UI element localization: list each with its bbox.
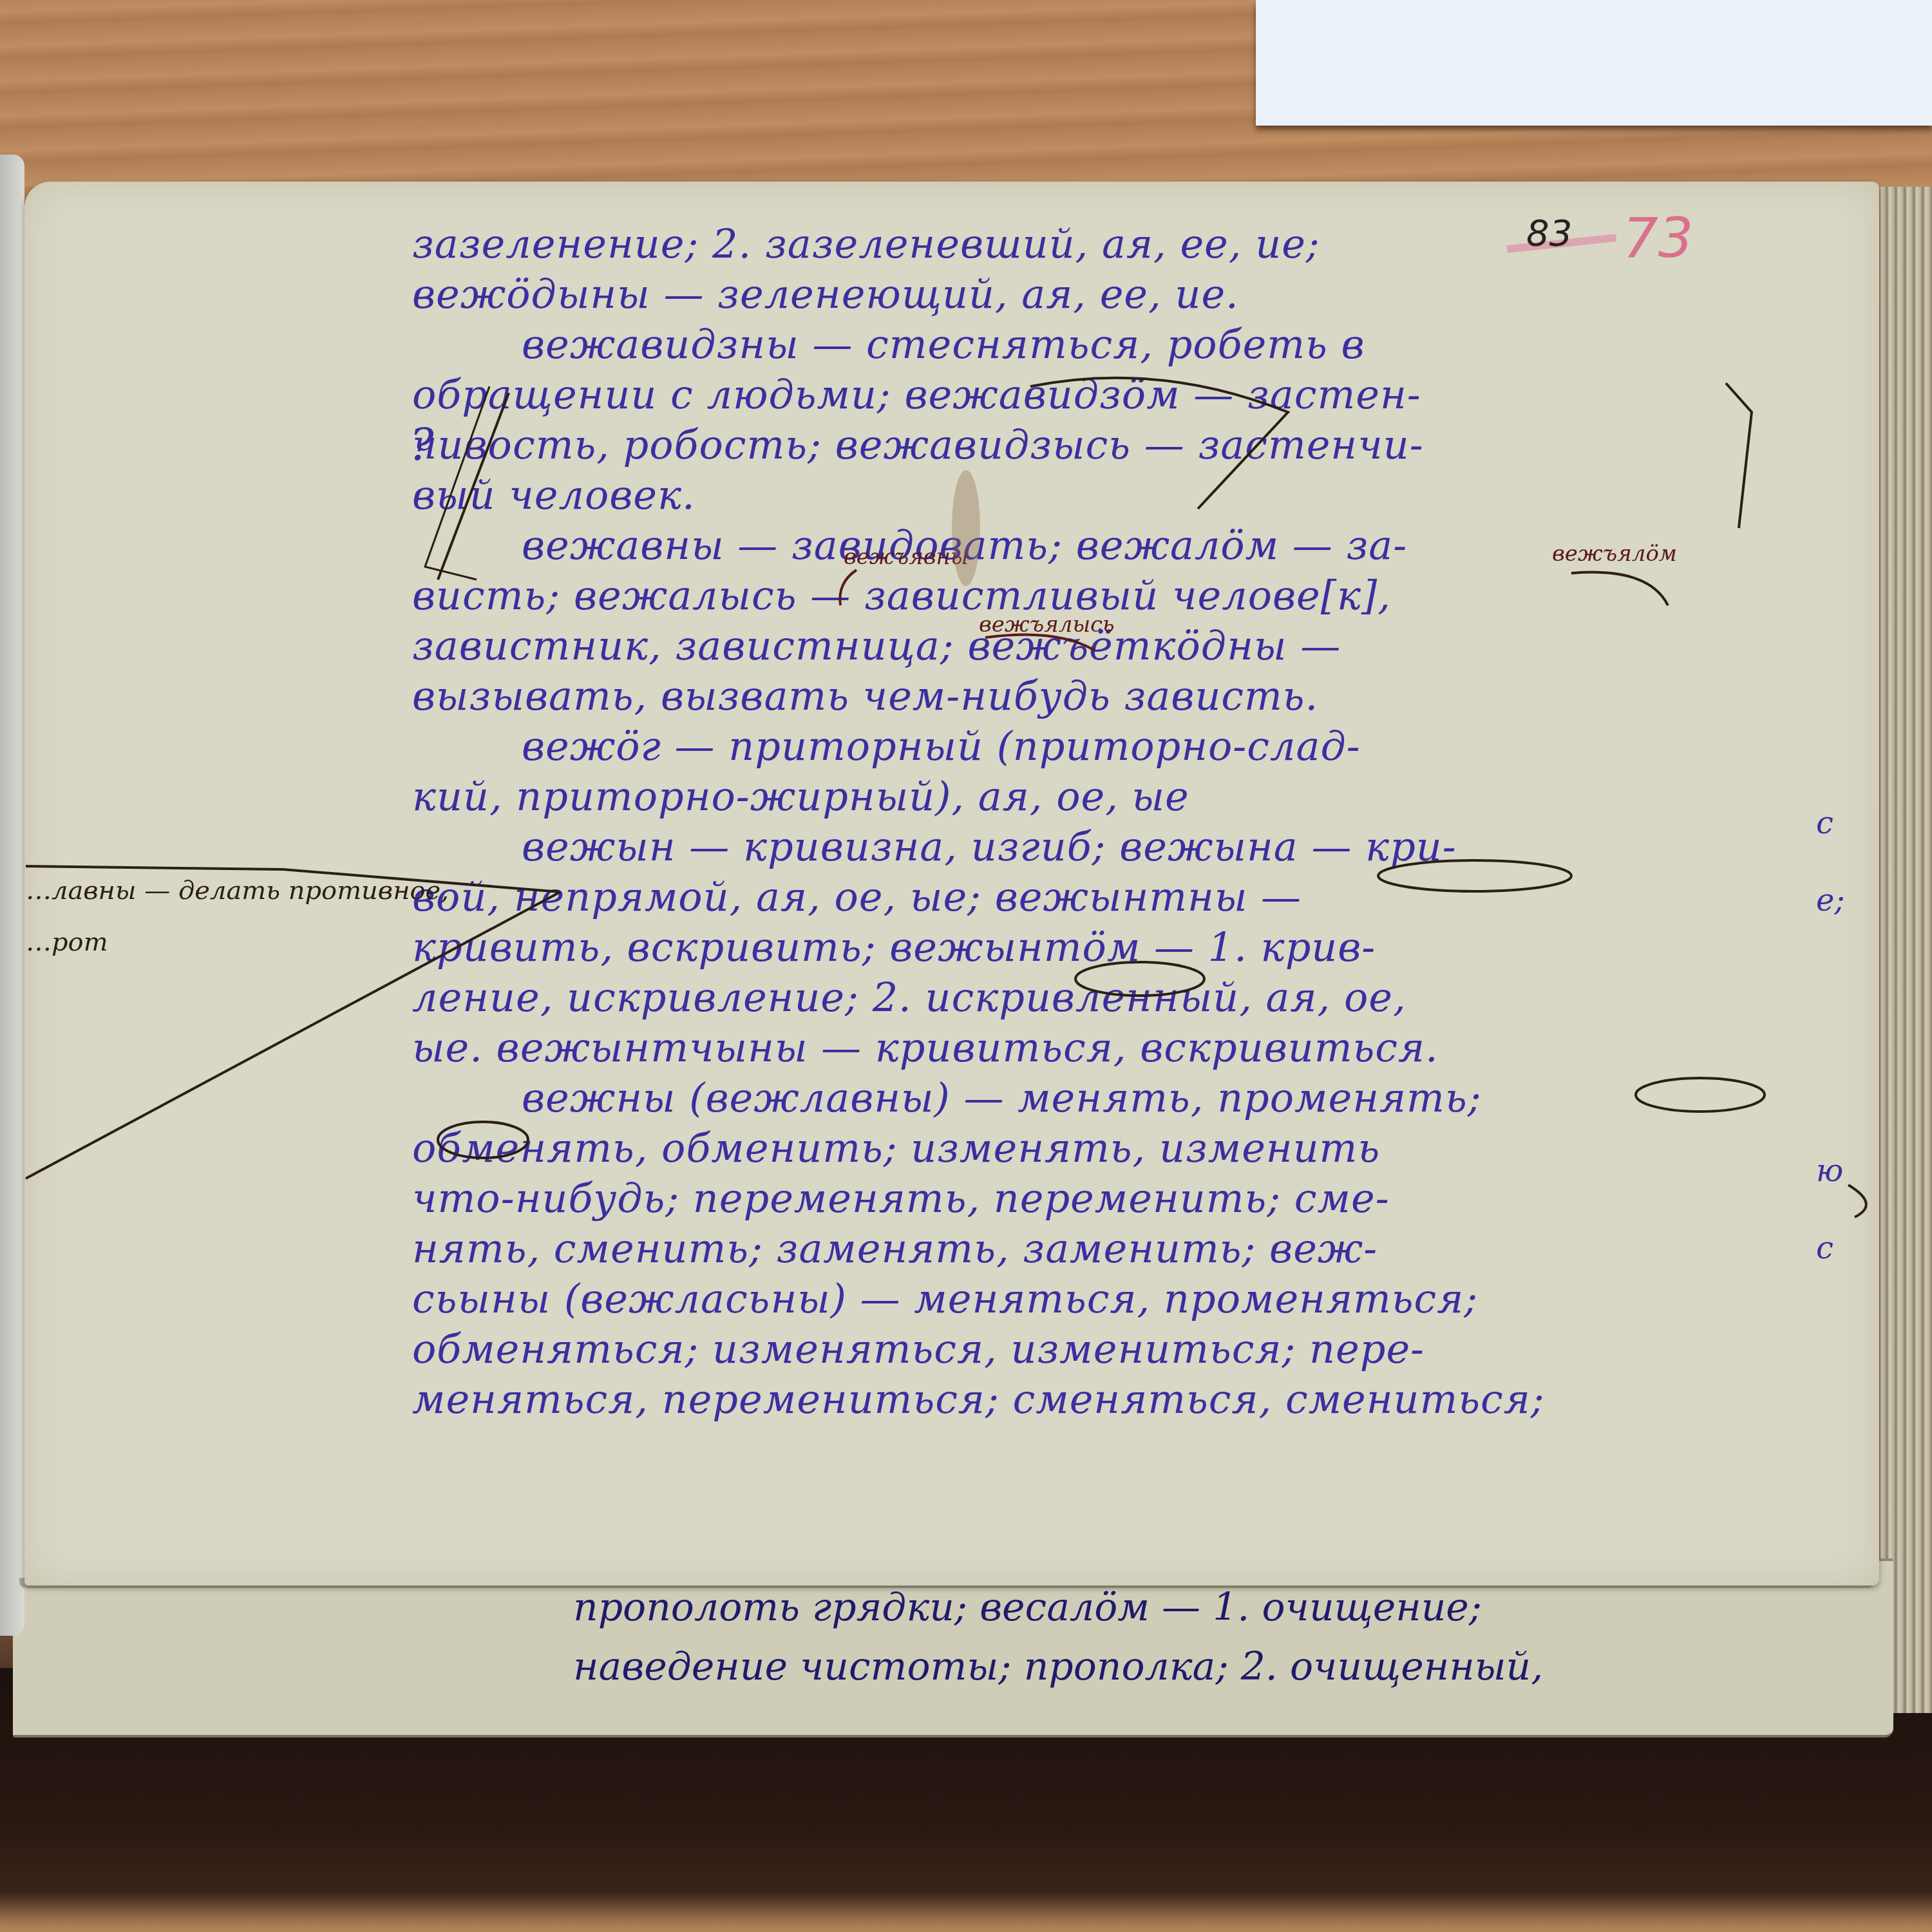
pen-annotations	[0, 0, 1932, 1932]
margin-line-top	[26, 866, 560, 892]
margin-line-diagonal	[26, 892, 560, 1179]
